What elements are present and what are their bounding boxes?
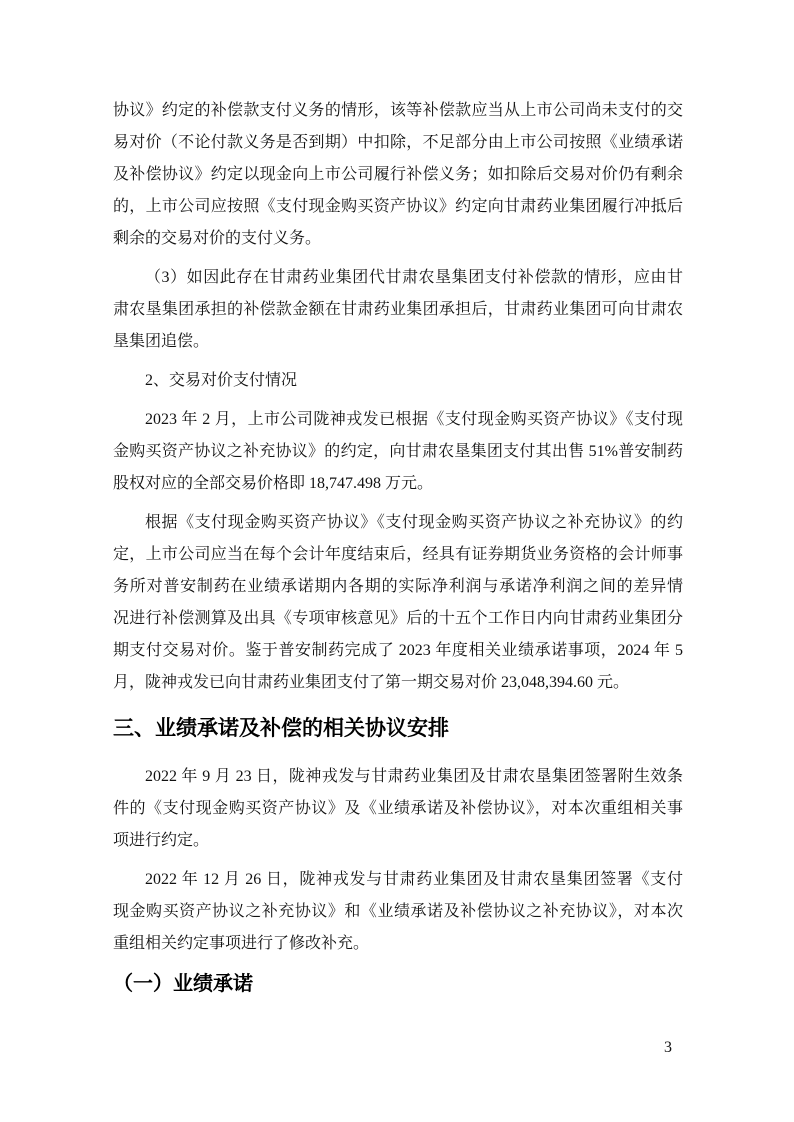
section-heading: 三、业绩承诺及补偿的相关协议安排 <box>113 711 683 747</box>
text-line: 肃农垦集团承担的补偿款金额在甘肃药业集团承担后，甘肃药业集团可向甘肃农 <box>113 294 683 326</box>
text-line: 垦集团追偿。 <box>113 326 683 358</box>
text-line: 项进行约定。 <box>113 825 683 857</box>
paragraph: 2023 年 2 月，上市公司陇神戎发已根据《支付现金购买资产协议》《支付现 金… <box>113 404 683 500</box>
text-line: 及补偿协议》约定以现金向上市公司履行补偿义务；如扣除后交易对价仍有剩余 <box>113 159 683 191</box>
text-line: 重组相关约定事项进行了修改补充。 <box>113 928 683 960</box>
text-line: 剩余的交易对价的支付义务。 <box>113 223 683 255</box>
text-line: 2023 年 2 月，上市公司陇神戎发已根据《支付现金购买资产协议》《支付现 <box>113 404 683 436</box>
list-item-heading: 2、交易对价支付情况 <box>113 365 683 397</box>
paragraph: 根据《支付现金购买资产协议》《支付现金购买资产协议之补充协议》的约 定，上市公司… <box>113 507 683 699</box>
text-line: 根据《支付现金购买资产协议》《支付现金购买资产协议之补充协议》的约 <box>113 507 683 539</box>
text-line: 件的《支付现金购买资产协议》及《业绩承诺及补偿协议》，对本次重组相关事 <box>113 793 683 825</box>
text-line: 期支付交易对价。鉴于普安制药完成了 2023 年度相关业绩承诺事项，2024 年… <box>113 635 683 667</box>
text-line: 定，上市公司应当在每个会计年度结束后，经具有证券期货业务资格的会计师事 <box>113 539 683 571</box>
text-line: 2022 年 9 月 23 日，陇神戎发与甘肃药业集团及甘肃农垦集团签署附生效条 <box>113 761 683 793</box>
text-line: 务所对普安制药在业绩承诺期内各期的实际净利润与承诺净利润之间的差异情 <box>113 571 683 603</box>
paragraph: 2022 年 9 月 23 日，陇神戎发与甘肃药业集团及甘肃农垦集团签署附生效条… <box>113 761 683 857</box>
text-line: 股权对应的全部交易价格即 18,747.498 万元。 <box>113 468 683 500</box>
sub-heading: （一）业绩承诺 <box>113 967 683 1001</box>
page-number: 3 <box>664 1036 672 1060</box>
text-line: （3）如因此存在甘肃药业集团代甘肃农垦集团支付补偿款的情形，应由甘 <box>113 262 683 294</box>
paragraph-continued: 协议》约定的补偿款支付义务的情形，该等补偿款应当从上市公司尚未支付的交 易对价（… <box>113 95 683 255</box>
paragraph: 2022 年 12 月 26 日，陇神戎发与甘肃药业集团及甘肃农垦集团签署《支付… <box>113 864 683 960</box>
text-line: 月，陇神戎发已向甘肃药业集团支付了第一期交易对价 23,048,394.60 元… <box>113 667 683 699</box>
text-line: 况进行补偿测算及出具《专项审核意见》后的十五个工作日内向甘肃药业集团分 <box>113 603 683 635</box>
text-line: 2022 年 12 月 26 日，陇神戎发与甘肃药业集团及甘肃农垦集团签署《支付 <box>113 864 683 896</box>
text-line: 的，上市公司应按照《支付现金购买资产协议》约定向甘肃药业集团履行冲抵后 <box>113 191 683 223</box>
text-line: 现金购买资产协议之补充协议》和《业绩承诺及补偿协议之补充协议》，对本次 <box>113 896 683 928</box>
text-line: 2、交易对价支付情况 <box>113 365 683 397</box>
text-line: 协议》约定的补偿款支付义务的情形，该等补偿款应当从上市公司尚未支付的交 <box>113 95 683 127</box>
document-page: 协议》约定的补偿款支付义务的情形，该等补偿款应当从上市公司尚未支付的交 易对价（… <box>0 0 794 1122</box>
text-line: 金购买资产协议之补充协议》的约定，向甘肃农垦集团支付其出售 51%普安制药 <box>113 436 683 468</box>
paragraph: （3）如因此存在甘肃药业集团代甘肃农垦集团支付补偿款的情形，应由甘 肃农垦集团承… <box>113 262 683 358</box>
text-line: 易对价（不论付款义务是否到期）中扣除，不足部分由上市公司按照《业绩承诺 <box>113 127 683 159</box>
